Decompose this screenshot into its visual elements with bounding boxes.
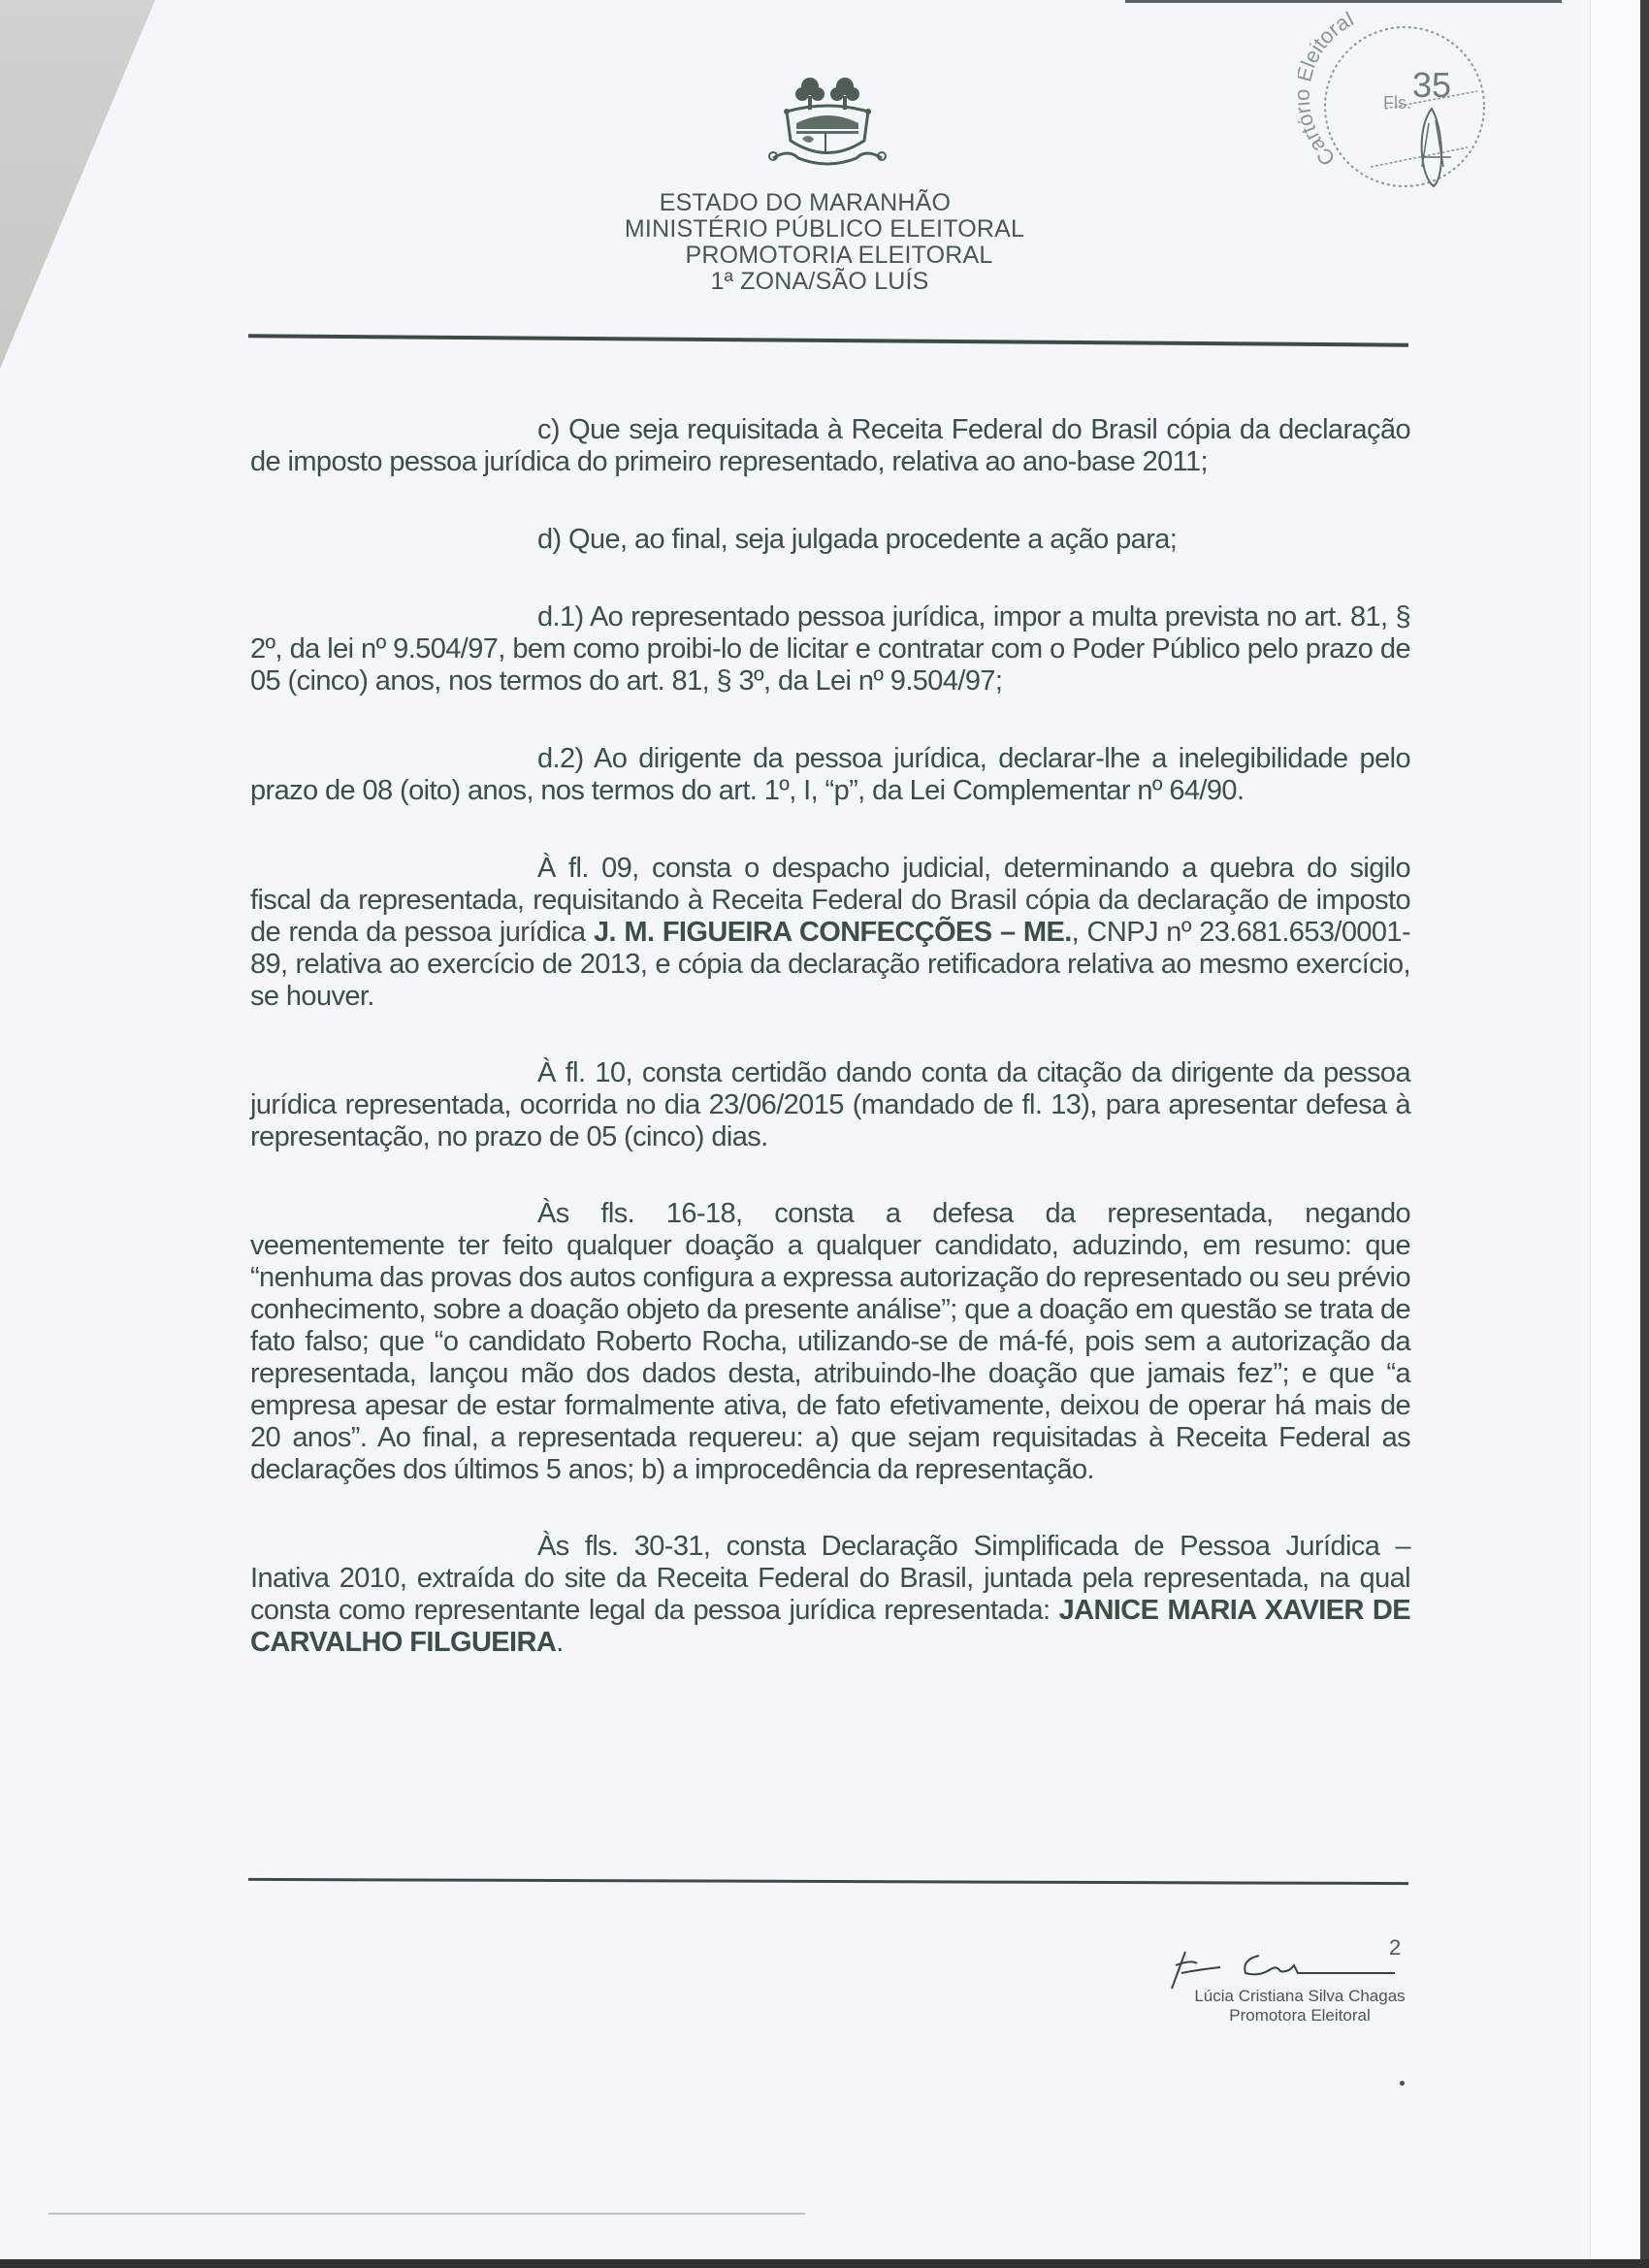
signature-block: Lúcia Cristiana Silva Chagas Promotora E…: [1164, 1987, 1436, 2025]
state-coat-of-arms-icon: [760, 73, 895, 170]
paragraph-c: c) Que seja requisitada à Receita Federa…: [250, 414, 1410, 478]
stamp-arc-text: Cartório Eleitoral: [1298, 12, 1357, 171]
stamp-label: Fls.: [1383, 93, 1411, 113]
paragraph-fl09: À fl. 09, consta o despacho judicial, de…: [250, 853, 1410, 1013]
paragraph-fls16-18: Às fls. 16-18, consta a defesa da repres…: [250, 1198, 1410, 1486]
paragraph-fl10: À fl. 10, consta certidão dando conta da…: [250, 1057, 1410, 1153]
paragraph-d1: d.1) Ao representado pessoa jurídica, im…: [250, 601, 1410, 697]
scan-right-edge: [1640, 0, 1649, 2268]
company-name: J. M. FIGUEIRA CONFECÇÕES – ME.: [594, 917, 1072, 948]
letterhead-state: ESTADO DO MARANHÃO: [504, 190, 1106, 216]
scan-bottom-edge: [0, 2259, 1649, 2268]
footer-divider: [248, 1878, 1408, 1885]
header-divider: [248, 334, 1408, 346]
scan-top-line: [1125, 0, 1562, 3]
letterhead-zone: 1ª ZONA/SÃO LUÍS: [533, 269, 1106, 295]
letterhead-ministry: MINISTÉRIO PÚBLICO ELEITORAL: [543, 216, 1106, 243]
circular-notary-stamp-icon: Cartório Eleitoral Fls. 35: [1298, 12, 1511, 206]
scan-shadow-corner: [0, 0, 155, 369]
letterhead-office: PROMOTORIA ELEITORAL: [572, 243, 1106, 269]
signer-name: Lúcia Cristiana Silva Chagas: [1164, 1987, 1436, 2006]
document-body: c) Que seja requisitada à Receita Federa…: [250, 414, 1410, 1659]
letterhead: ESTADO DO MARANHÃO MINISTÉRIO PÚBLICO EL…: [543, 190, 1106, 295]
signer-title: Promotora Eleitoral: [1164, 2006, 1436, 2025]
scan-speck: [1400, 2081, 1405, 2086]
svg-text:Cartório Eleitoral: Cartório Eleitoral: [1298, 12, 1357, 171]
paragraph-fls30-31: Às fls. 30-31, consta Declaração Simplif…: [250, 1531, 1410, 1659]
stamp-page-number: 35: [1412, 65, 1451, 105]
paragraph-d2: d.2) Ao dirigente da pessoa jurídica, de…: [250, 743, 1410, 807]
scan-line: [48, 2213, 805, 2215]
paragraph-d: d) Que, ao final, seja julgada procedent…: [250, 524, 1410, 556]
